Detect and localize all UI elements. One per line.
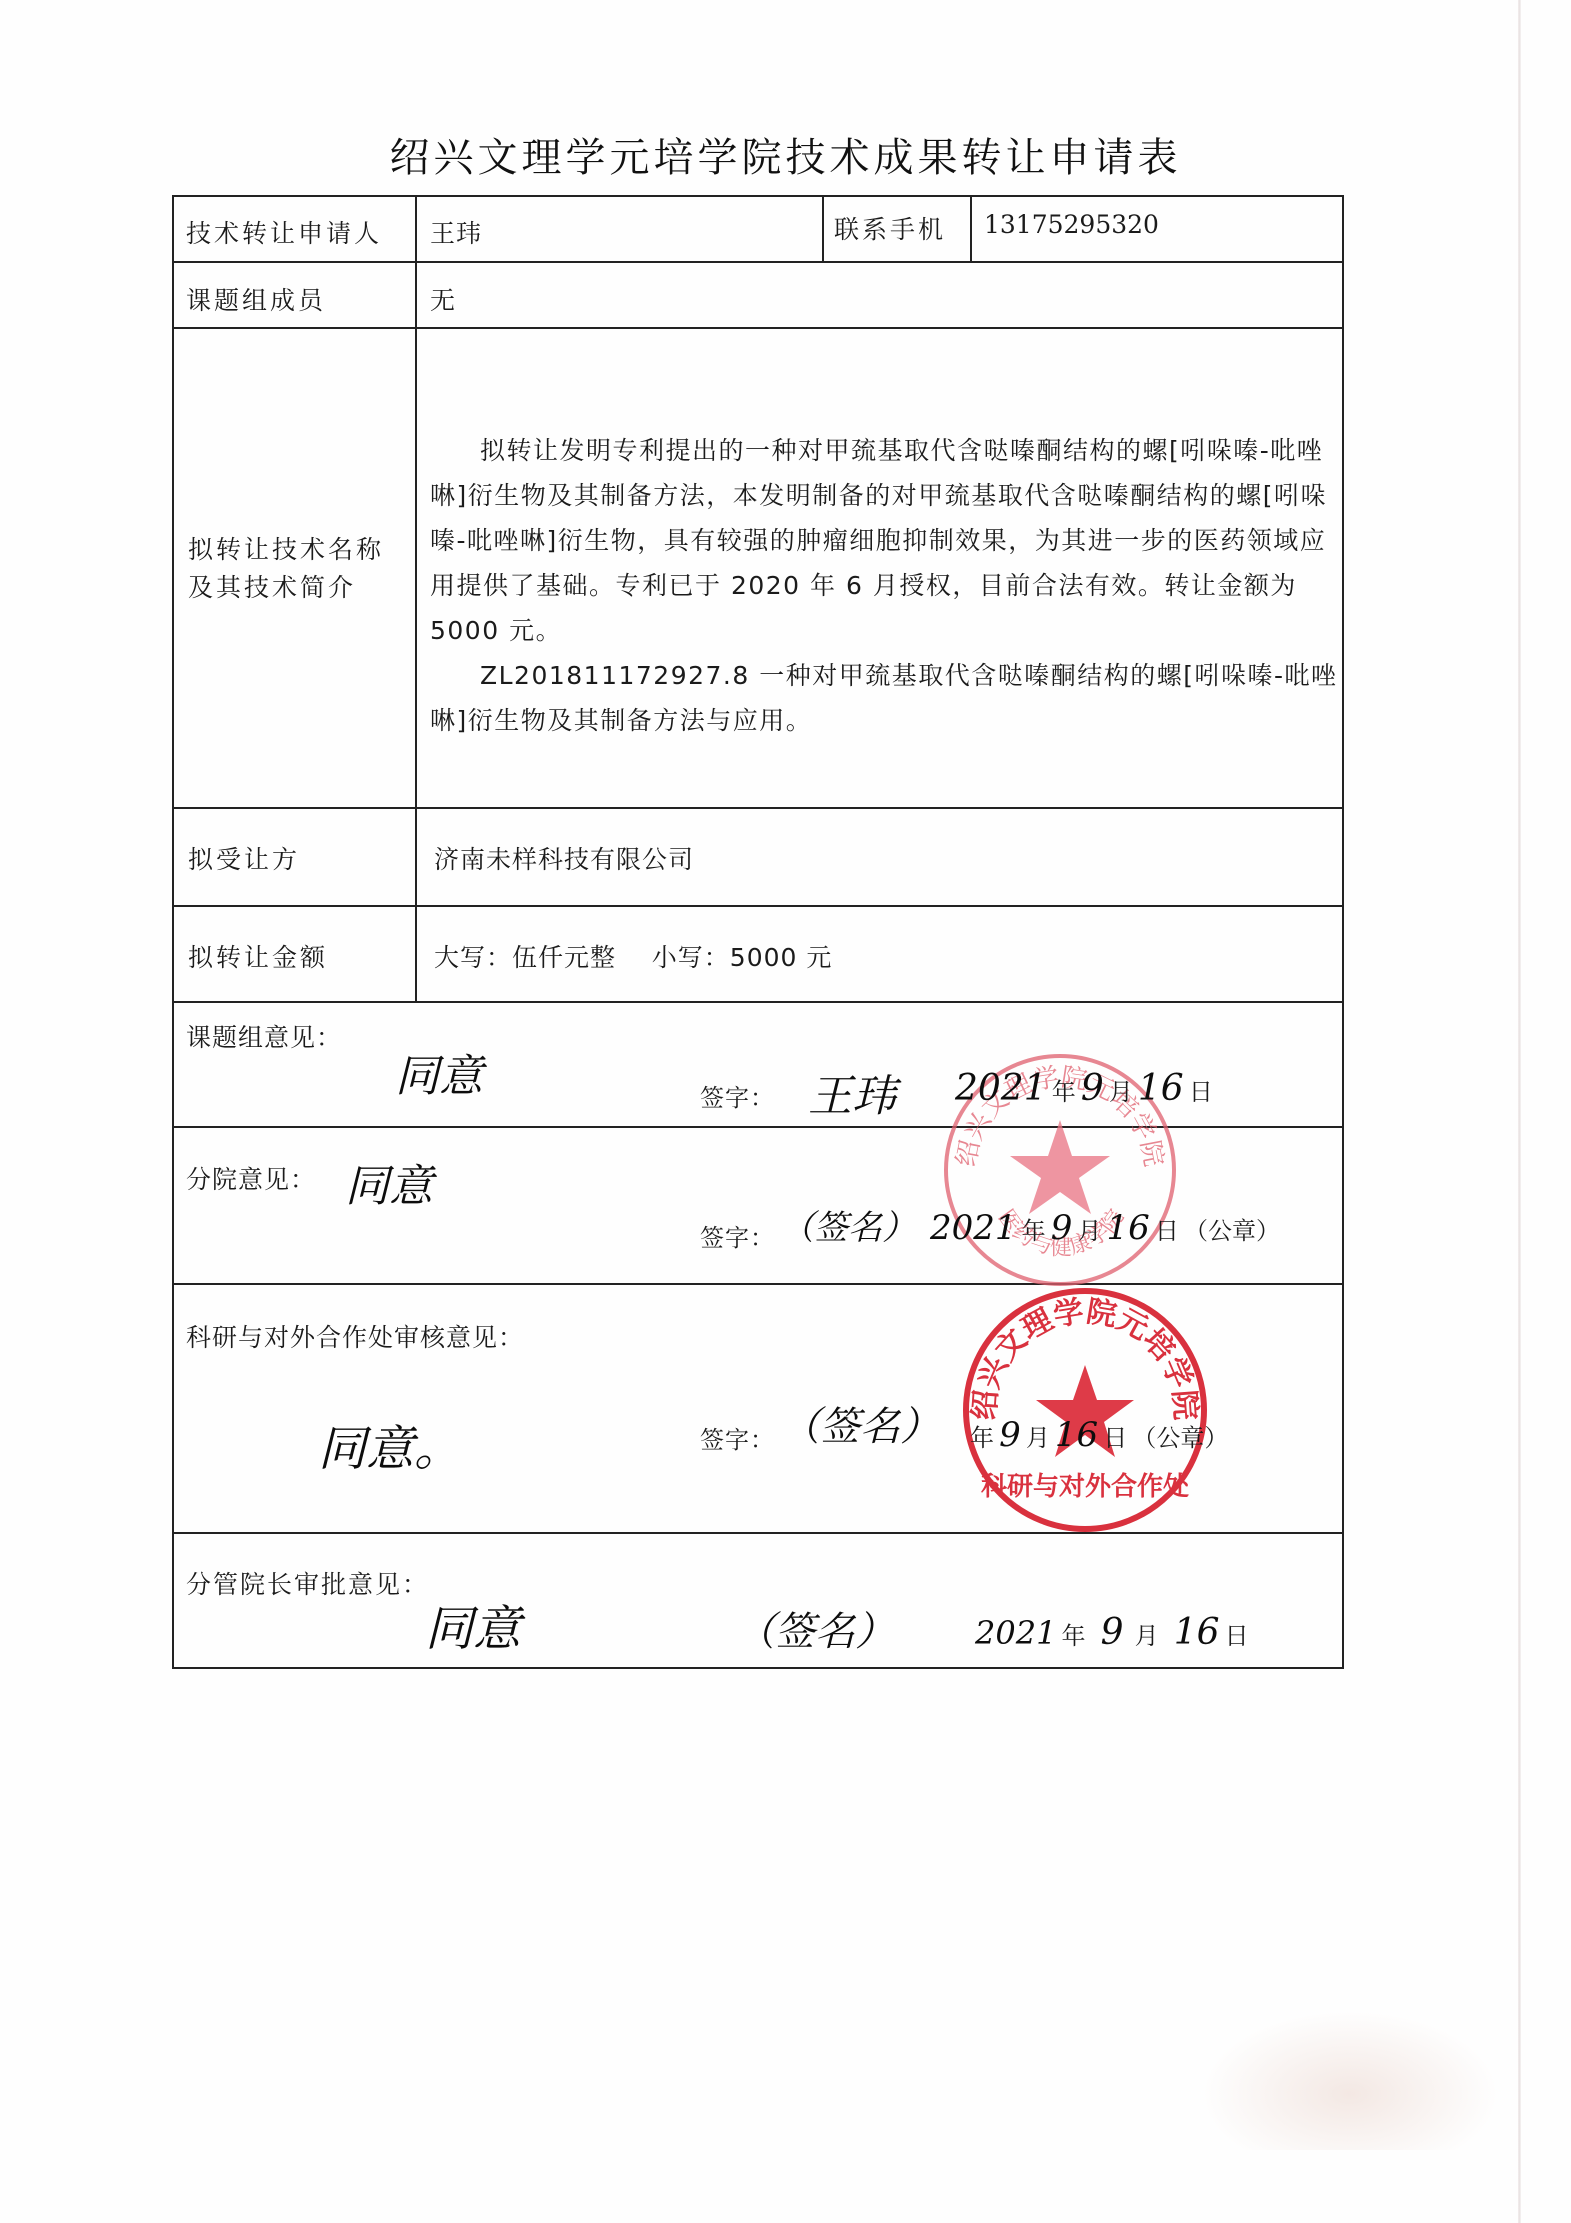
document-title: 绍兴文理学元培学院技术成果转让申请表 bbox=[0, 126, 1571, 183]
vp-approval-label: 分管院长审批意见： bbox=[186, 1565, 429, 1601]
phone-label-divider-right bbox=[970, 195, 972, 262]
technology-paragraph-1: 拟转让发明专利提出的一种对甲巯基取代含哒嗪酮结构的螺[吲哚嗪-吡唑啉]衍生物及其… bbox=[430, 428, 1340, 653]
table-border-bottom bbox=[172, 1667, 1344, 1669]
research-office-opinion-label: 科研与对外合作处审核意见： bbox=[186, 1318, 524, 1354]
phone-value: 13175295320 bbox=[984, 210, 1159, 239]
research-office-date-month-unit: 月 bbox=[1026, 1424, 1050, 1452]
row-line bbox=[172, 1001, 1344, 1003]
group-date-month-unit: 月 bbox=[1109, 1078, 1133, 1106]
research-office-opinion-handwriting: 同意。 bbox=[318, 1410, 462, 1479]
group-opinion-label: 课题组意见： bbox=[186, 1018, 342, 1054]
research-office-date-day-unit: 日 bbox=[1103, 1424, 1127, 1452]
technology-paragraph-2: ZL201811172927.8 一种对甲巯基取代含哒嗪酮结构的螺[吲哚嗪-吡唑… bbox=[430, 653, 1340, 743]
branch-date-day: 16 bbox=[1107, 1208, 1150, 1248]
technology-label-line2: 及其技术简介 bbox=[188, 568, 356, 604]
amount-value: 大写：伍仟元整 小写：5000 元 bbox=[434, 938, 832, 974]
phone-label-divider-left bbox=[822, 195, 824, 262]
row-line bbox=[172, 195, 1344, 197]
label-column-divider bbox=[415, 195, 417, 1003]
branch-opinion-label: 分院意见： bbox=[186, 1160, 316, 1196]
branch-signature: （签名） bbox=[780, 1200, 916, 1249]
research-office-seal: 绍兴文理学院元培学院 科研与对外合作处 bbox=[960, 1285, 1210, 1535]
row-line bbox=[172, 261, 1344, 263]
star-icon bbox=[1010, 1120, 1110, 1214]
recipient-label: 拟受让方 bbox=[188, 840, 300, 876]
branch-opinion-handwriting: 同意 bbox=[345, 1150, 433, 1214]
branch-seal-note: （公章） bbox=[1184, 1217, 1280, 1245]
row-line bbox=[172, 327, 1344, 329]
branch-date-month: 9 bbox=[1051, 1208, 1073, 1248]
branch-date: 2021 年 9 月 16 日 （公章） bbox=[930, 1208, 1280, 1248]
branch-date-year-unit: 年 bbox=[1022, 1217, 1046, 1245]
research-office-sign-label: 签字： bbox=[700, 1420, 775, 1455]
scan-smudge bbox=[1200, 2010, 1500, 2150]
vp-date-day: 16 bbox=[1174, 1612, 1220, 1653]
technology-label-line1: 拟转让技术名称 bbox=[188, 530, 384, 566]
scan-page-edge bbox=[1518, 0, 1521, 2223]
technology-description: 拟转让发明专利提出的一种对甲巯基取代含哒嗪酮结构的螺[吲哚嗪-吡唑啉]衍生物及其… bbox=[430, 428, 1340, 743]
branch-date-day-unit: 日 bbox=[1155, 1217, 1179, 1245]
applicant-label: 技术转让申请人 bbox=[186, 214, 382, 250]
group-date-year: 2021 bbox=[955, 1068, 1047, 1109]
research-office-date-year-unit: 年 bbox=[970, 1424, 994, 1452]
vp-date-month-unit: 月 bbox=[1135, 1622, 1159, 1650]
research-office-date-month: 9 bbox=[999, 1415, 1021, 1455]
group-date-year-unit: 年 bbox=[1052, 1078, 1076, 1106]
group-date-month: 9 bbox=[1081, 1068, 1104, 1109]
amount-label: 拟转让金额 bbox=[188, 938, 328, 974]
branch-date-month-unit: 月 bbox=[1077, 1217, 1101, 1245]
vp-approval-handwriting: 同意 bbox=[425, 1590, 521, 1659]
group-date-day: 16 bbox=[1138, 1068, 1184, 1109]
group-date-day-unit: 日 bbox=[1189, 1078, 1213, 1106]
vp-date-month: 9 bbox=[1101, 1612, 1124, 1653]
recipient-value: 济南未样科技有限公司 bbox=[434, 840, 694, 876]
group-date: 2021 年 9 月 16 日 bbox=[955, 1068, 1213, 1109]
research-office-seal-note: （公章） bbox=[1132, 1424, 1228, 1452]
table-border-left bbox=[172, 195, 174, 1669]
group-sign-label: 签字： bbox=[700, 1078, 775, 1113]
research-office-signature: （签名） bbox=[780, 1395, 940, 1452]
vp-date-year-unit: 年 bbox=[1062, 1622, 1086, 1650]
table-border-right bbox=[1342, 195, 1344, 1669]
row-line bbox=[172, 905, 1344, 907]
vp-date-year: 2021 bbox=[975, 1614, 1056, 1652]
vp-signature: （签名） bbox=[735, 1600, 895, 1657]
row-line bbox=[172, 807, 1344, 809]
members-value: 无 bbox=[430, 281, 456, 317]
research-office-date-day: 16 bbox=[1055, 1415, 1098, 1455]
branch-date-year: 2021 bbox=[930, 1208, 1017, 1248]
vp-date: 2021 年 9 月 16 日 bbox=[975, 1612, 1249, 1653]
research-office-date: 年 9 月 16 日 （公章） bbox=[970, 1415, 1228, 1455]
group-opinion-handwriting: 同意 bbox=[395, 1040, 483, 1104]
applicant-value: 王玮 bbox=[430, 214, 482, 250]
branch-sign-label: 签字： bbox=[700, 1218, 775, 1253]
vp-date-day-unit: 日 bbox=[1225, 1622, 1249, 1650]
phone-label: 联系手机 bbox=[834, 210, 946, 246]
members-label: 课题组成员 bbox=[186, 281, 326, 317]
research-office-seal-graphic: 绍兴文理学院元培学院 科研与对外合作处 bbox=[960, 1285, 1210, 1535]
group-signature: 王玮 bbox=[808, 1060, 896, 1124]
svg-text:科研与对外合作处: 科研与对外合作处 bbox=[981, 1471, 1189, 1502]
